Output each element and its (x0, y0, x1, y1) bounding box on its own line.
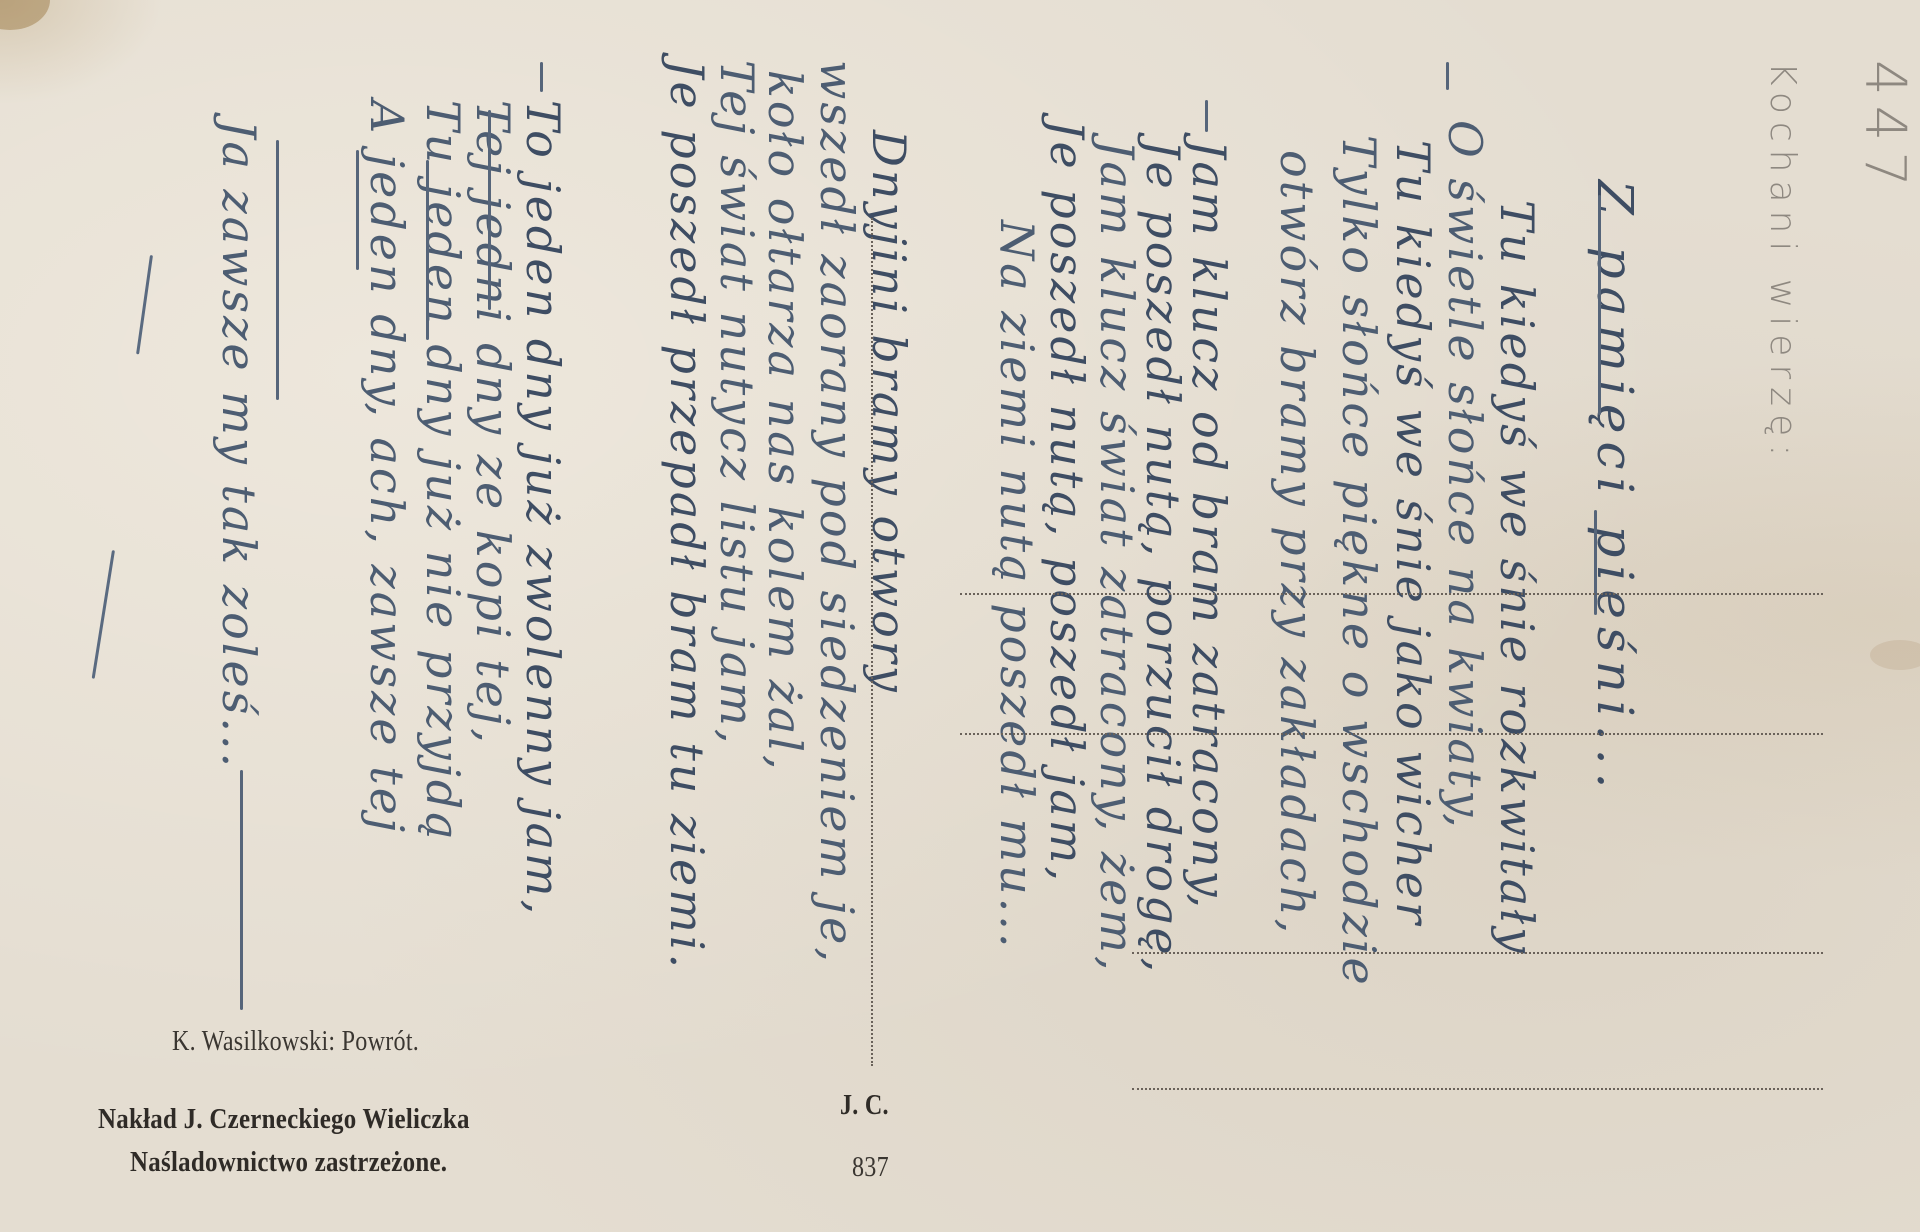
handwritten-line: koło ołtarza nas kolem żal, (762, 70, 808, 773)
copyright-notice: Naśladownictwo zastrzeżone. (130, 1146, 447, 1179)
address-line-4 (1132, 1088, 1823, 1090)
paper-stain (0, 0, 50, 30)
pencil-number-note: 447 (1856, 60, 1912, 197)
address-line-2 (960, 733, 1823, 735)
handwritten-line: Tylko słońce piękne o wschodzie (1336, 135, 1382, 988)
handwritten-line: Tu kiedyś we śnie rozkwitały (1494, 200, 1540, 956)
handwritten-line: Jam klucz od bram zatracony, (1186, 140, 1232, 911)
address-line-1 (960, 593, 1823, 595)
stanza-dash (540, 62, 543, 92)
address-line-3 (1132, 952, 1823, 954)
pencil-recipient-note: Kochani wierzę: (1764, 62, 1800, 464)
handwritten-line: Tej świat nutycz listu jam, (714, 60, 760, 746)
pen-stroke (92, 550, 115, 679)
handwritten-line: Tej jedni dny ze kopi tej, (470, 100, 516, 746)
stanza-dash (1446, 62, 1449, 90)
artwork-caption: K. Wasilkowski: Powrót. (172, 1026, 419, 1058)
word-underline (276, 140, 279, 400)
handwritten-line: To jeden dny już zwolenny jam, (520, 100, 566, 917)
series-number: 837 (852, 1152, 889, 1184)
publisher-line: Nakład J. Czerneckiego Wieliczka (98, 1103, 470, 1136)
handwritten-line: Je poszedł nutą, porzucił drogę, (1140, 140, 1186, 975)
handwritten-line: Jam klucz świat zatracony, żem, (1094, 140, 1140, 974)
handwritten-line: Je poszedł nutą, poszedł jam, (1044, 120, 1090, 884)
word-underline (426, 160, 429, 340)
address-divider (871, 218, 873, 1066)
word-underline (356, 150, 359, 270)
pen-stroke (136, 255, 153, 354)
word-underline (240, 770, 243, 1010)
handwritten-line: wszedł zaorany pod siedzeniem je, (814, 60, 860, 965)
handwritten-line: Tu kiedyś we śnie jako wicher (1390, 140, 1436, 927)
handwritten-line: O świetle słońce na kwiaty, (1442, 120, 1488, 831)
title-underline (1594, 510, 1597, 615)
handwritten-line: Je poszedł przepadł bram tu ziemi. (664, 60, 710, 971)
paper-stain (1870, 640, 1920, 670)
publisher-mark: J. C. (840, 1090, 889, 1122)
handwritten-line: otwórz bramy przy zakładach, (1274, 150, 1320, 936)
title-underline (1598, 195, 1601, 415)
handwritten-line: A jeden dny, ach, zawsze tej (364, 100, 410, 835)
handwritten-line: Ja zawsze my tak zoleś... (216, 120, 262, 770)
handwritten-line: Na ziemi nutą poszedł mu... (994, 220, 1040, 951)
word-underline (488, 110, 491, 310)
postcard-back: 447 Kochani wierzę: Z pamięci pieśni... … (0, 0, 1920, 1232)
stanza-dash (1205, 100, 1208, 132)
